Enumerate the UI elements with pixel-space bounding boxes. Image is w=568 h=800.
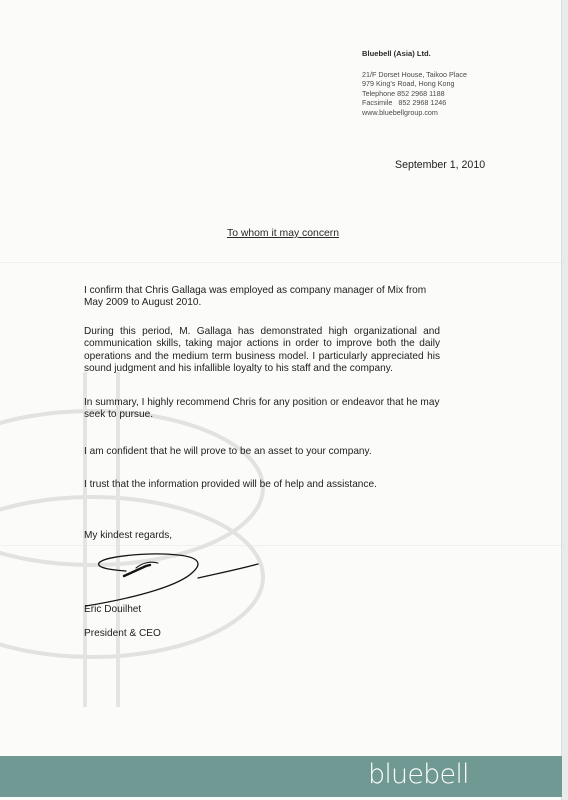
telephone: Telephone 852 2968 1188 <box>362 89 467 99</box>
address-line-2: 979 King's Road, Hong Kong <box>362 79 467 89</box>
signer-name: Eric Douilhet <box>84 604 440 616</box>
fold-line-lower <box>0 545 562 546</box>
fold-line-upper <box>0 262 562 263</box>
website: www.bluebellgroup.com <box>362 108 467 118</box>
paragraph-assistance: I trust that the information provided wi… <box>84 479 440 491</box>
address-line-1: 21/F Dorset House, Taikoo Place <box>362 70 467 80</box>
letterhead: Bluebell (Asia) Ltd. 21/F Dorset House, … <box>362 49 467 118</box>
paragraph-employment: I confirm that Chris Gallaga was employe… <box>84 285 440 310</box>
company-name: Bluebell (Asia) Ltd. <box>362 49 467 59</box>
closing-salutation: My kindest regards, <box>84 530 440 542</box>
facsimile: Facsimile 852 2968 1246 <box>362 98 467 108</box>
paragraph-confidence: I am confident that he will prove to be … <box>84 446 440 458</box>
paragraph-performance: During this period, M. Gallaga has demon… <box>84 326 440 376</box>
letter-date: September 1, 2010 <box>395 159 485 171</box>
signer-title: President & CEO <box>84 628 440 640</box>
letter-subject: To whom it may concern <box>227 228 339 239</box>
bluebell-logo: bluebell <box>368 757 469 793</box>
paragraph-recommendation: In summary, I highly recommend Chris for… <box>84 397 440 422</box>
scan-edge <box>561 0 568 800</box>
footer-brand-bar: bluebell <box>0 756 562 797</box>
